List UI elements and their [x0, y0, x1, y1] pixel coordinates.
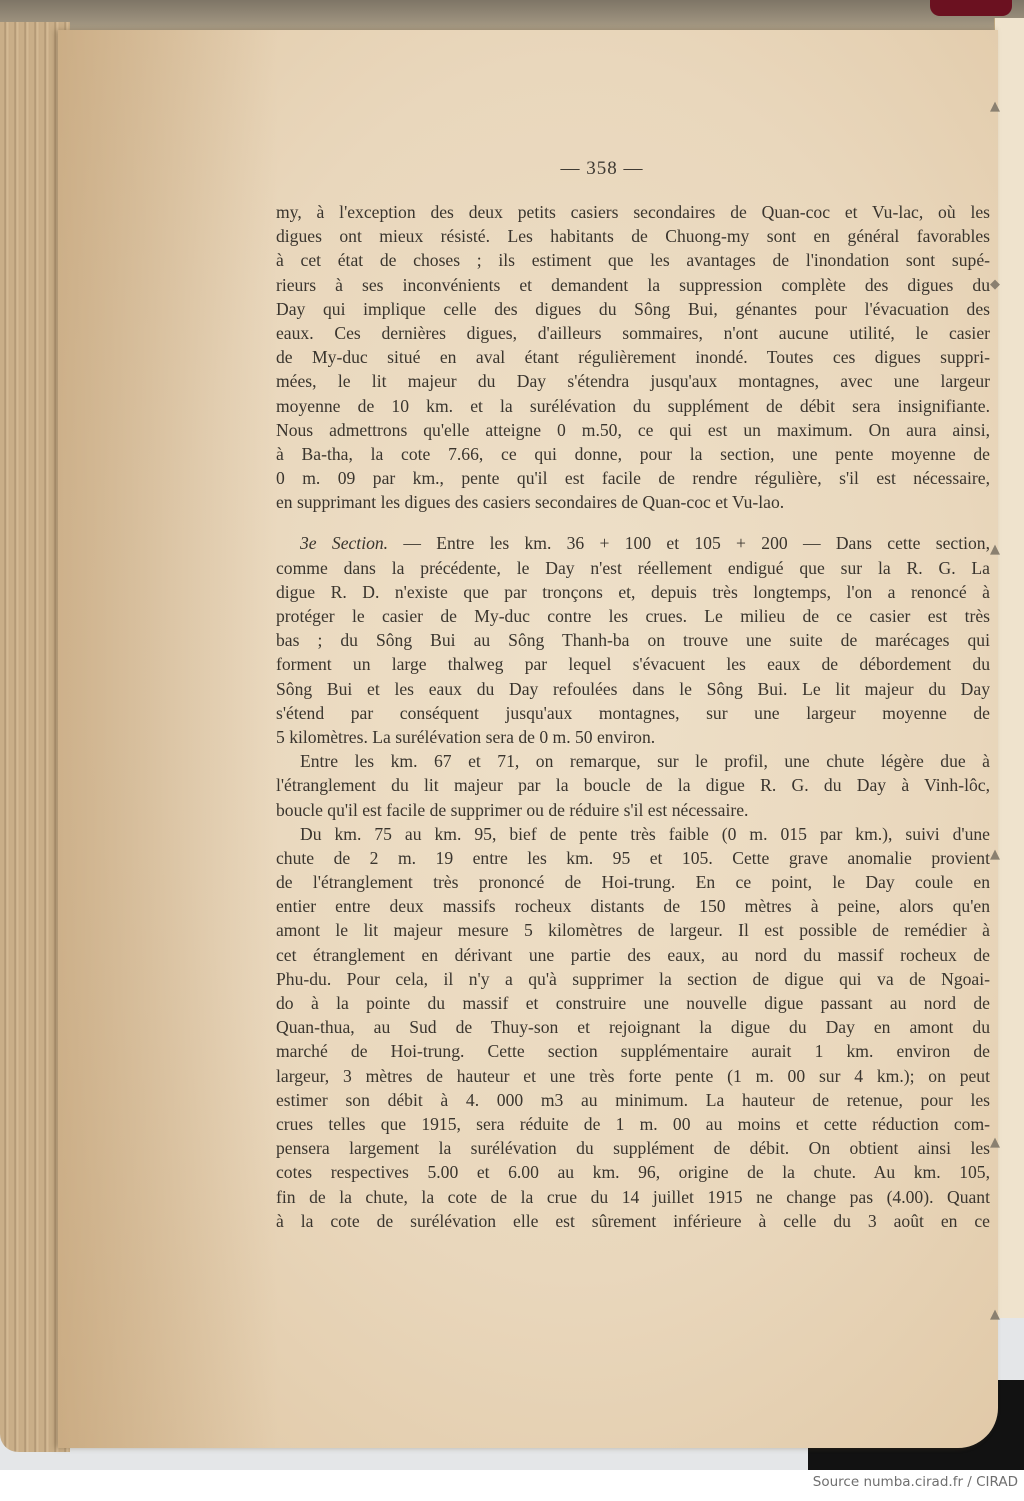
bookmark-ribbon	[930, 0, 1012, 16]
page-tab-marker-icon: ▲	[988, 1136, 1002, 1150]
text-line: rieurs à ses inconvénients et demandent …	[276, 273, 990, 297]
text-line: boucle qu'il est facile de supprimer ou …	[276, 798, 990, 822]
paragraph-3: Entre les km. 67 et 71, on remarque, sur…	[276, 749, 990, 822]
text-line: Quan-thua, au Sud de Thuy-son et rejoign…	[276, 1015, 990, 1039]
text-line: à cet état de choses ; ils estiment que …	[276, 248, 990, 272]
page-tab-marker-icon: ▲	[988, 1308, 1002, 1322]
text-line: my, à l'exception des deux petits casier…	[276, 200, 990, 224]
book-cover-edge	[0, 0, 1024, 34]
text-line: chute de 2 m. 19 entre les km. 95 et 105…	[276, 846, 990, 870]
text-line: l'étranglement du lit majeur par la bouc…	[276, 773, 990, 797]
text-line: Day qui implique celle des digues du Sôn…	[276, 297, 990, 321]
paragraph-section-3: 3e Section. — Entre les km. 36 + 100 et …	[276, 531, 990, 749]
text-line: cotes respectives 5.00 et 6.00 au km. 96…	[276, 1160, 990, 1184]
text-line: forment un large thalweg par lequel s'év…	[276, 652, 990, 676]
text-line: de l'étranglement très prononcé de Hoi-t…	[276, 870, 990, 894]
text-line: Du km. 75 au km. 95, bief de pente très …	[276, 822, 990, 846]
text-line: 5 kilomètres. La surélévation sera de 0 …	[276, 725, 990, 749]
scanned-book-image: ▲ ◆ ▲ ▲ ▲ ▲ — 358 — my, à l'exception de…	[0, 0, 1024, 1470]
text-line: Nous admettrons qu'elle atteigne 0 m.50,…	[276, 418, 990, 442]
paragraph-1: my, à l'exception des deux petits casier…	[276, 200, 990, 514]
page-tab-marker-icon: ▲	[988, 543, 1002, 557]
text-line: largeur, 3 mètres de hauteur et une très…	[276, 1064, 990, 1088]
text-line: en supprimant les digues des casiers sec…	[276, 490, 990, 514]
text-line: à la cote de surélévation elle est sûrem…	[276, 1209, 990, 1233]
text-line: eaux. Ces dernières digues, d'ailleurs s…	[276, 321, 990, 345]
text-line: Entre les km. 67 et 71, on remarque, sur…	[276, 749, 990, 773]
text-line: Sông Bui et les eaux du Day refoulées da…	[276, 677, 990, 701]
text-line: 3e Section. — Entre les km. 36 + 100 et …	[276, 531, 990, 555]
body-text: my, à l'exception des deux petits casier…	[276, 200, 990, 1233]
section-heading: 3e Section.	[300, 533, 388, 553]
text-line: cet étranglement en dérivant une partie …	[276, 943, 990, 967]
text-line: estimer son débit à 4. 000 m3 au minimum…	[276, 1088, 990, 1112]
text-line: entier entre deux massifs rocheux distan…	[276, 894, 990, 918]
page-number: — 358 —	[0, 158, 1024, 180]
text-line: digue R. D. n'existe que par tronçons et…	[276, 580, 990, 604]
text-line: crues telles que 1915, sera réduite de 1…	[276, 1112, 990, 1136]
text-line: protéger le casier de My-duc contre les …	[276, 604, 990, 628]
text-line: marché de Hoi-trung. Cette section suppl…	[276, 1039, 990, 1063]
text-line: bas ; du Sông Bui au Sông Thanh-ba on tr…	[276, 628, 990, 652]
text-line: do à la pointe du massif et construire u…	[276, 991, 990, 1015]
text-line: amont le lit majeur mesure 5 kilomètres …	[276, 918, 990, 942]
text-line: 0 m. 09 par km., pente qu'il est facile …	[276, 466, 990, 490]
text-fragment: — Entre les km. 36 + 100 et 105 + 200 — …	[388, 533, 990, 553]
page-tab-marker-icon: ▲	[988, 100, 1002, 114]
text-line: digues ont mieux résisté. Les habitants …	[276, 224, 990, 248]
text-line: s'étend par conséquent jusqu'aux montagn…	[276, 701, 990, 725]
page-tab-marker-icon: ◆	[988, 278, 1002, 292]
next-page-edge	[994, 18, 1024, 1318]
text-line: à Ba-tha, la cote 7.66, ce qui donne, po…	[276, 442, 990, 466]
text-line: de My-duc situé en aval étant régulièrem…	[276, 345, 990, 369]
text-line: pensera largement la surélévation du sup…	[276, 1136, 990, 1160]
paragraph-4: Du km. 75 au km. 95, bief de pente très …	[276, 822, 990, 1233]
page-tab-marker-icon: ▲	[988, 848, 1002, 862]
source-caption: Source numba.cirad.fr / CIRAD	[813, 1474, 1018, 1490]
text-line: comme dans la précédente, le Day n'est r…	[276, 556, 990, 580]
text-line: moyenne de 10 km. et la surélévation du …	[276, 394, 990, 418]
text-line: Phu-du. Pour cela, il n'y a qu'à supprim…	[276, 967, 990, 991]
text-line: mées, le lit majeur du Day s'étendra jus…	[276, 369, 990, 393]
text-line: fin de la chute, la cote de la crue du 1…	[276, 1185, 990, 1209]
